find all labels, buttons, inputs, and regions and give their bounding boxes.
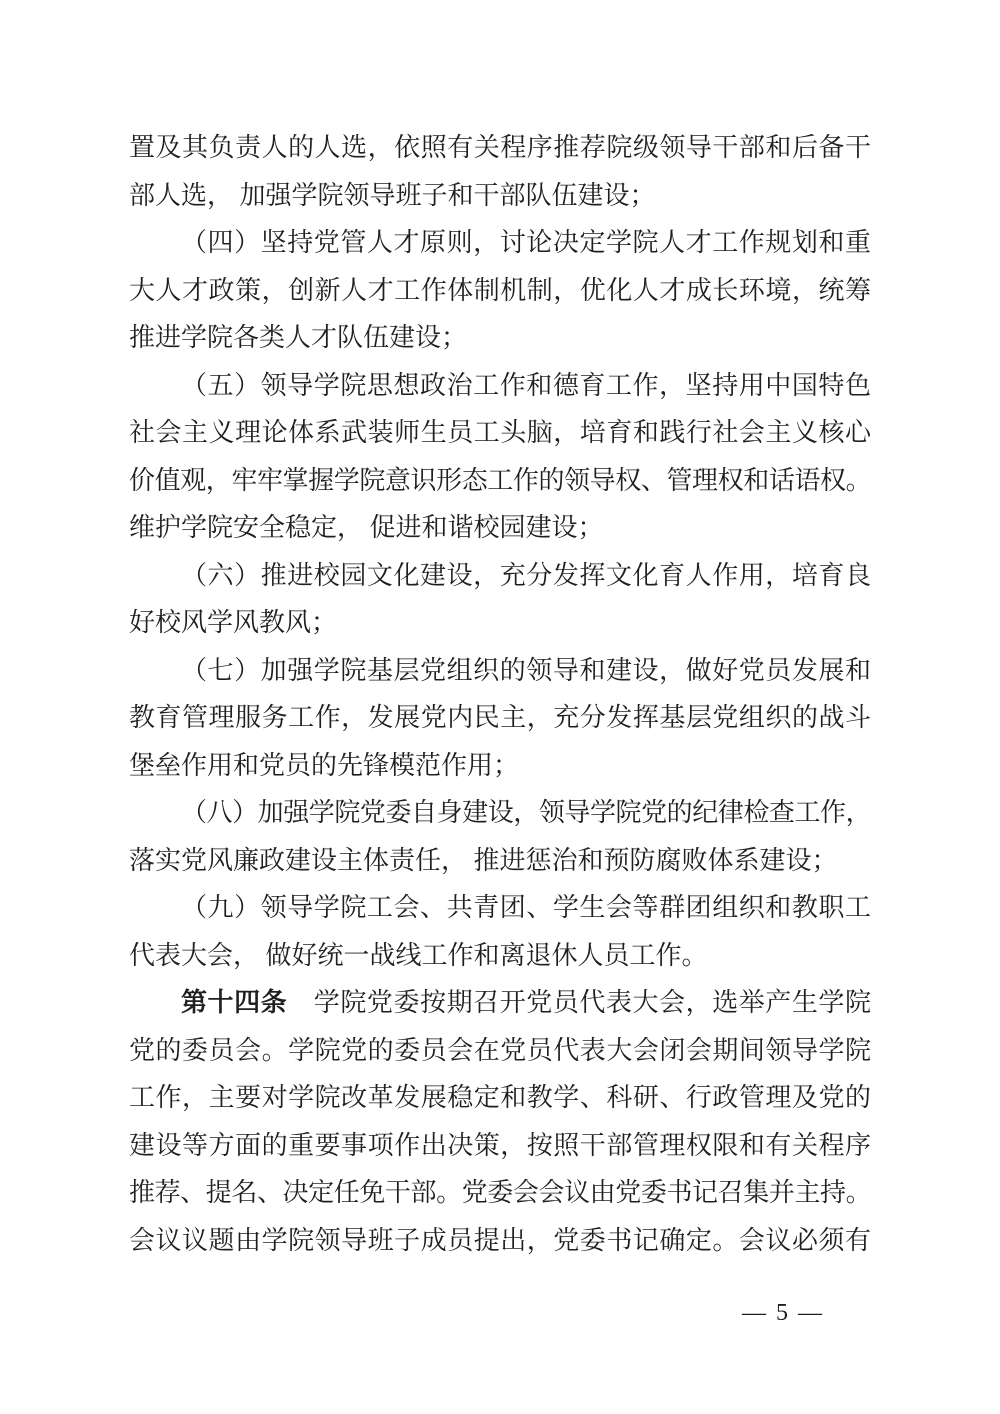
line-text: （六）推进校园文化建设，充分发挥文化育人作用，培育良 <box>181 561 871 590</box>
line-text: 党的委员会。学院党的委员会在党员代表大会闭会期间领导学院 <box>129 1036 871 1065</box>
line-text: 价值观，牢牢掌握学院意识形态工作的领导权、管理权和话语权。 <box>129 466 871 495</box>
text-line: 工作，主要对学院改革发展稳定和教学、科研、行政管理及党的 <box>129 1074 871 1122</box>
line-text: 学院党委按期召开党员代表大会，选举产生学院 <box>287 988 871 1017</box>
text-line: （六）推进校园文化建设，充分发挥文化育人作用，培育良 <box>129 552 871 600</box>
line-text: 推进学院各类人才队伍建设； <box>129 323 467 352</box>
text-line: 建设等方面的重要事项作出决策，按照干部管理权限和有关程序 <box>129 1122 871 1170</box>
text-line: 维护学院安全稳定， 促进和谐校园建设； <box>129 504 871 552</box>
line-text: 社会主义理论体系武装师生员工头脑，培育和践行社会主义核心 <box>129 418 871 447</box>
line-text: 会议议题由学院领导班子成员提出，党委书记确定。会议必须有 <box>129 1226 871 1255</box>
line-text: 大人才政策，创新人才工作体制机制，优化人才成长环境，统筹 <box>129 276 871 305</box>
page-number: — 5 — <box>703 1290 863 1337</box>
line-text: 置及其负责人的人选，依照有关程序推荐院级领导干部和后备干 <box>129 133 871 162</box>
text-line: 价值观，牢牢掌握学院意识形态工作的领导权、管理权和话语权。 <box>129 457 871 505</box>
text-line: 堡垒作用和党员的先锋模范作用； <box>129 742 871 790</box>
text-line: 推进学院各类人才队伍建设； <box>129 314 871 362</box>
line-text: 好校风学风教风； <box>129 608 337 637</box>
text-line: （八）加强学院党委自身建设，领导学院党的纪律检查工作， <box>129 789 871 837</box>
text-line: 代表大会， 做好统一战线工作和离退休人员工作。 <box>129 932 871 980</box>
line-text: （七）加强学院基层党组织的领导和建设，做好党员发展和 <box>181 656 871 685</box>
text-line: （四）坚持党管人才原则，讨论决定学院人才工作规划和重 <box>129 219 871 267</box>
text-line: 置及其负责人的人选，依照有关程序推荐院级领导干部和后备干 <box>129 124 871 172</box>
line-text: 堡垒作用和党员的先锋模范作用； <box>129 751 519 780</box>
line-text: （九）领导学院工会、共青团、学生会等群团组织和教职工 <box>181 893 871 922</box>
text-line: 教育管理服务工作，发展党内民主，充分发挥基层党组织的战斗 <box>129 694 871 742</box>
text-line: 党的委员会。学院党的委员会在党员代表大会闭会期间领导学院 <box>129 1027 871 1075</box>
line-text: （五）领导学院思想政治工作和德育工作，坚持用中国特色 <box>181 371 871 400</box>
text-line: 大人才政策，创新人才工作体制机制，优化人才成长环境，统筹 <box>129 267 871 315</box>
line-text: 工作，主要对学院改革发展稳定和教学、科研、行政管理及党的 <box>129 1083 871 1112</box>
text-line: （五）领导学院思想政治工作和德育工作，坚持用中国特色 <box>129 362 871 410</box>
body-text: 置及其负责人的人选，依照有关程序推荐院级领导干部和后备干 部人选， 加强学院领导… <box>129 124 871 1264</box>
text-line: 部人选， 加强学院领导班子和干部队伍建设； <box>129 172 871 220</box>
line-text: 推荐、提名、决定任免干部。党委会会议由党委书记召集并主持。 <box>129 1178 871 1207</box>
text-line: 推荐、提名、决定任免干部。党委会会议由党委书记召集并主持。 <box>129 1169 871 1217</box>
line-text: 落实党风廉政建设主体责任， 推进惩治和预防腐败体系建设； <box>129 846 838 875</box>
text-line: 会议议题由学院领导班子成员提出，党委书记确定。会议必须有 <box>129 1217 871 1265</box>
text-line: 社会主义理论体系武装师生员工头脑，培育和践行社会主义核心 <box>129 409 871 457</box>
document-page: 置及其负责人的人选，依照有关程序推荐院级领导干部和后备干 部人选， 加强学院领导… <box>0 0 1000 1414</box>
text-line: （九）领导学院工会、共青团、学生会等群团组织和教职工 <box>129 884 871 932</box>
line-text: （八）加强学院党委自身建设，领导学院党的纪律检查工作， <box>181 798 871 827</box>
text-line: （七）加强学院基层党组织的领导和建设，做好党员发展和 <box>129 647 871 695</box>
text-line: 好校风学风教风； <box>129 599 871 647</box>
line-text: 部人选， 加强学院领导班子和干部队伍建设； <box>129 181 656 210</box>
line-text: 教育管理服务工作，发展党内民主，充分发挥基层党组织的战斗 <box>129 703 871 732</box>
line-text: （四）坚持党管人才原则，讨论决定学院人才工作规划和重 <box>181 228 871 257</box>
line-text: 建设等方面的重要事项作出决策，按照干部管理权限和有关程序 <box>129 1131 871 1160</box>
line-text: 维护学院安全稳定， 促进和谐校园建设； <box>129 513 604 542</box>
article-number-term: 第十四条 <box>181 988 287 1017</box>
line-text: 代表大会， 做好统一战线工作和离退休人员工作。 <box>129 941 708 970</box>
text-line: 落实党风廉政建设主体责任， 推进惩治和预防腐败体系建设； <box>129 837 871 885</box>
text-line: 第十四条 学院党委按期召开党员代表大会，选举产生学院 <box>129 979 871 1027</box>
